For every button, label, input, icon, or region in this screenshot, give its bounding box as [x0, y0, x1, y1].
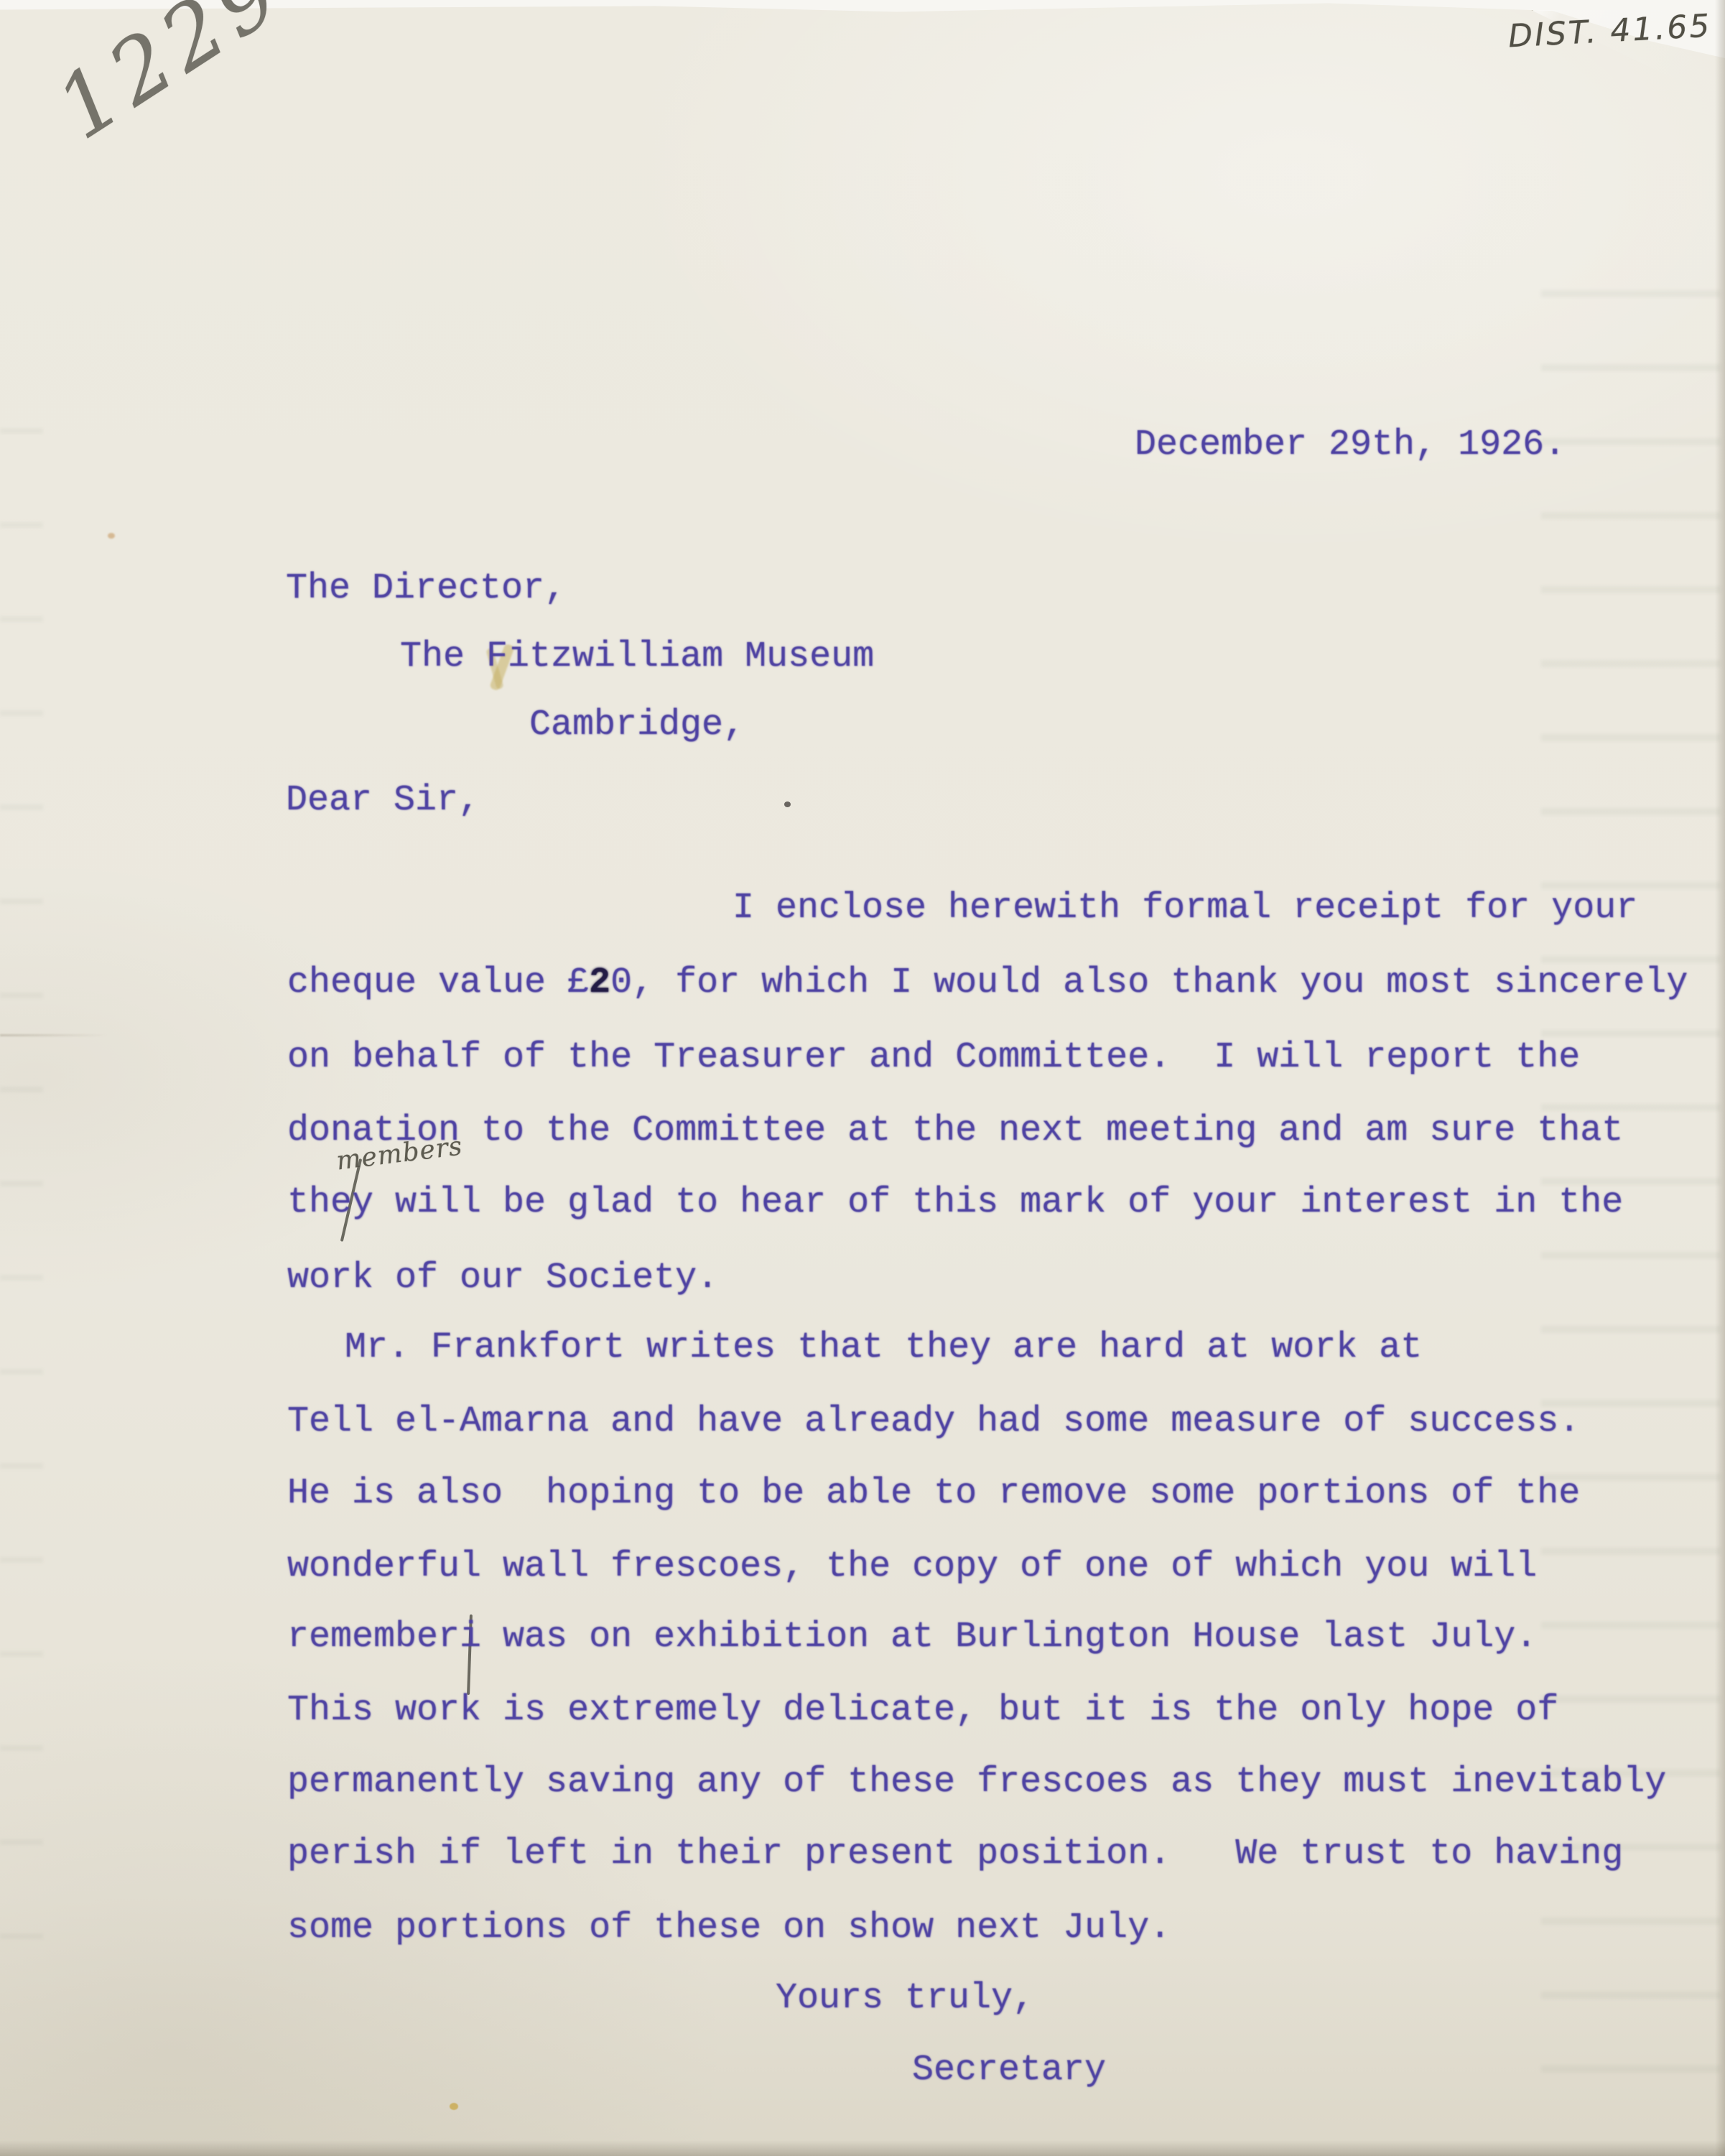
- closing: Yours truly,: [776, 1981, 1034, 2017]
- date-line: December 29th, 1926.: [1135, 427, 1566, 463]
- salutation: Dear Sir,: [286, 783, 480, 819]
- typed-text-layer: December 29th, 1926. The Director, The F…: [0, 0, 1725, 2156]
- body-line: This work is extremely delicate, but it …: [287, 1693, 1558, 1729]
- body-line: Tell el-Amarna and have already had some…: [287, 1404, 1580, 1440]
- letter-scan: 12290 DIST. 41.65 members December 29th,…: [0, 0, 1725, 2156]
- overstruck-digit: 2: [589, 965, 610, 1001]
- recipient-institution: The Fitzwilliam Museum: [400, 639, 874, 675]
- recipient-city: Cambridge,: [529, 707, 745, 743]
- body-line: donation to the Committee at the next me…: [287, 1113, 1623, 1149]
- body-line: perish if left in their present position…: [287, 1836, 1623, 1872]
- body-line: cheque value £20, for which I would also…: [287, 965, 1688, 1001]
- signature: Secretary: [912, 2053, 1106, 2088]
- body-line: Mr. Frankfort writes that they are hard …: [345, 1330, 1422, 1366]
- body-line: I enclose herewith formal receipt for yo…: [733, 891, 1637, 926]
- body-line: permanently saving any of these frescoes…: [287, 1765, 1666, 1800]
- body-line: some portions of these on show next July…: [287, 1910, 1171, 1946]
- body-line: He is also hoping to be able to remove s…: [287, 1476, 1580, 1512]
- recipient-name: The Director,: [286, 571, 566, 607]
- body-line: rememberi was on exhibition at Burlingto…: [287, 1620, 1537, 1655]
- body-line: they will be glad to hear of this mark o…: [287, 1185, 1623, 1221]
- body-line: on behalf of the Treasurer and Committee…: [287, 1040, 1580, 1076]
- body-line: wonderful wall frescoes, the copy of one…: [287, 1549, 1537, 1585]
- body-line: work of our Society.: [287, 1260, 718, 1296]
